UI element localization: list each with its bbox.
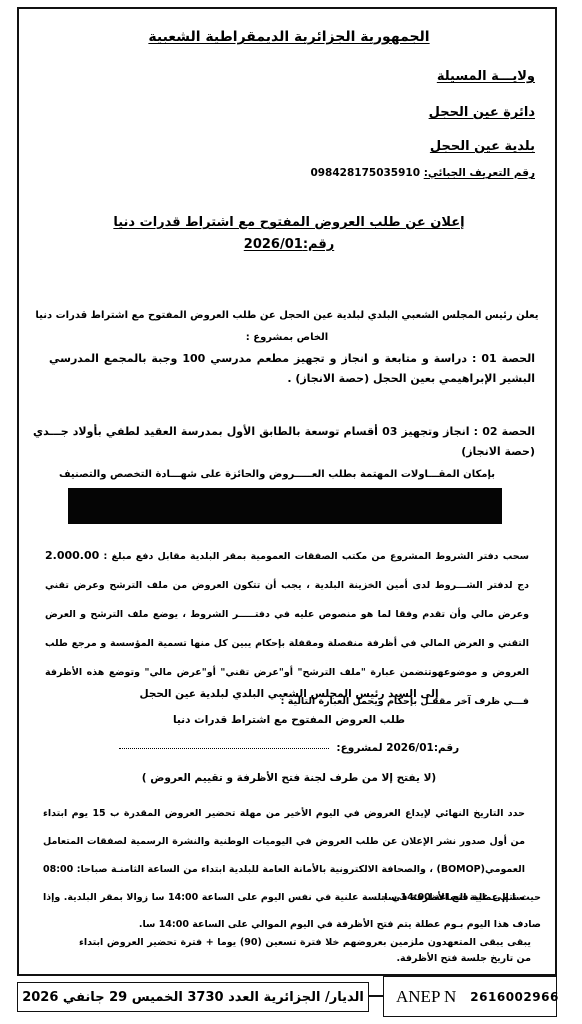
announcement-frame: الجمهورية الجزائرية الديمقراطية الشعبية … <box>17 7 557 976</box>
project-label: لمشروع: <box>336 742 382 754</box>
announcement-number-label: رقم: <box>303 237 334 252</box>
redacted-block <box>68 488 502 524</box>
anep-number: 2616002966 <box>470 990 559 1004</box>
daira-label: دائرة عين الحجل <box>429 105 535 120</box>
republic-heading: الجمهورية الجزائرية الديمقراطية الشعبية <box>19 29 559 45</box>
publication-info-box: الديار/ الجزائرية العدد 3730 الخميس 29 ج… <box>17 982 369 1012</box>
conditions-amount: 2.000.00 <box>45 549 99 562</box>
lot-2: الحصة 02 : انجاز وتجهيز 03 أقسام توسعة ب… <box>33 422 535 462</box>
intro-paragraph: يعلن رئيس المجلس الشعبي البلدي لبلدية عي… <box>33 305 541 349</box>
tax-id-label: رقم التعريف الجبائي: <box>424 167 535 179</box>
anep-box: ANEP N 2616002966 <box>383 976 557 1017</box>
footer-connector <box>369 995 383 997</box>
tax-id-line: رقم التعريف الجبائي: 098428175035910 <box>310 167 535 179</box>
lot-1: الحصة 01 : دراسة و متابعة و انجاز و تجهي… <box>49 349 535 389</box>
conditions-text-1: سحب دفتر الشروط المشروع من مكتب الصفقات … <box>103 551 529 562</box>
wilaya-label: ولايـــة المسيلة <box>437 69 535 84</box>
announcement-title: إعلان عن طلب العروض المفتوح مع اشتراط قد… <box>19 215 559 230</box>
reference-line: رقم:2026/01 لمشروع: <box>19 742 559 754</box>
lot-1-label: الحصة 01 : <box>472 352 535 365</box>
lot-2-text: انجاز وتجهيز 03 أقسام توسعة بالطابق الأو… <box>33 425 535 458</box>
opening-notice: (لا يفتح إلا من طرف لجنة فتح الأظرفة و ت… <box>19 772 559 784</box>
publication-info: الديار/ الجزائرية العدد 3730 الخميس 29 ج… <box>22 990 364 1005</box>
announcement-number: رقم:2026/01 <box>19 237 559 252</box>
commune-label: بلدية عين الحجل <box>430 139 535 154</box>
address-line-1: إلى السيد رئيس المجلس الشعبي البلدي لبلد… <box>19 688 559 700</box>
anep-label: ANEP N <box>396 987 456 1007</box>
reference-value: 2026/01 <box>386 742 434 754</box>
lot-2-label: الحصة 02 : <box>474 425 535 438</box>
project-blank <box>119 748 329 749</box>
address-line-2: طلب العروض المفتوح مع اشتراط قدرات دنيا <box>19 714 559 726</box>
lot-1-text: دراسة و متابعة و انجاز و تجهيز مطعم مدرس… <box>49 352 535 385</box>
deadline-paragraph-3: يبقى يبقى المتعهدون ملزمين بعروضهم خلا ف… <box>79 935 531 967</box>
reference-label: رقم: <box>434 742 459 754</box>
announcement-number-value: 2026/01 <box>244 237 303 252</box>
tax-id-value: 098428175035910 <box>310 167 420 179</box>
deadline-paragraph-2: حيث تتم عملية فتح الأظرفة في جلسة علنية … <box>43 884 541 938</box>
